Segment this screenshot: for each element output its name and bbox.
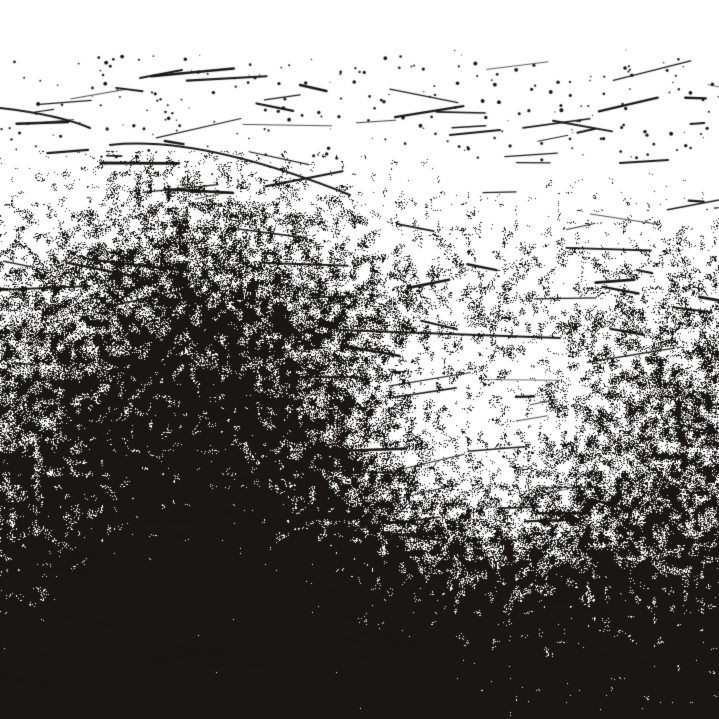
- grunge-texture-image: [0, 0, 719, 719]
